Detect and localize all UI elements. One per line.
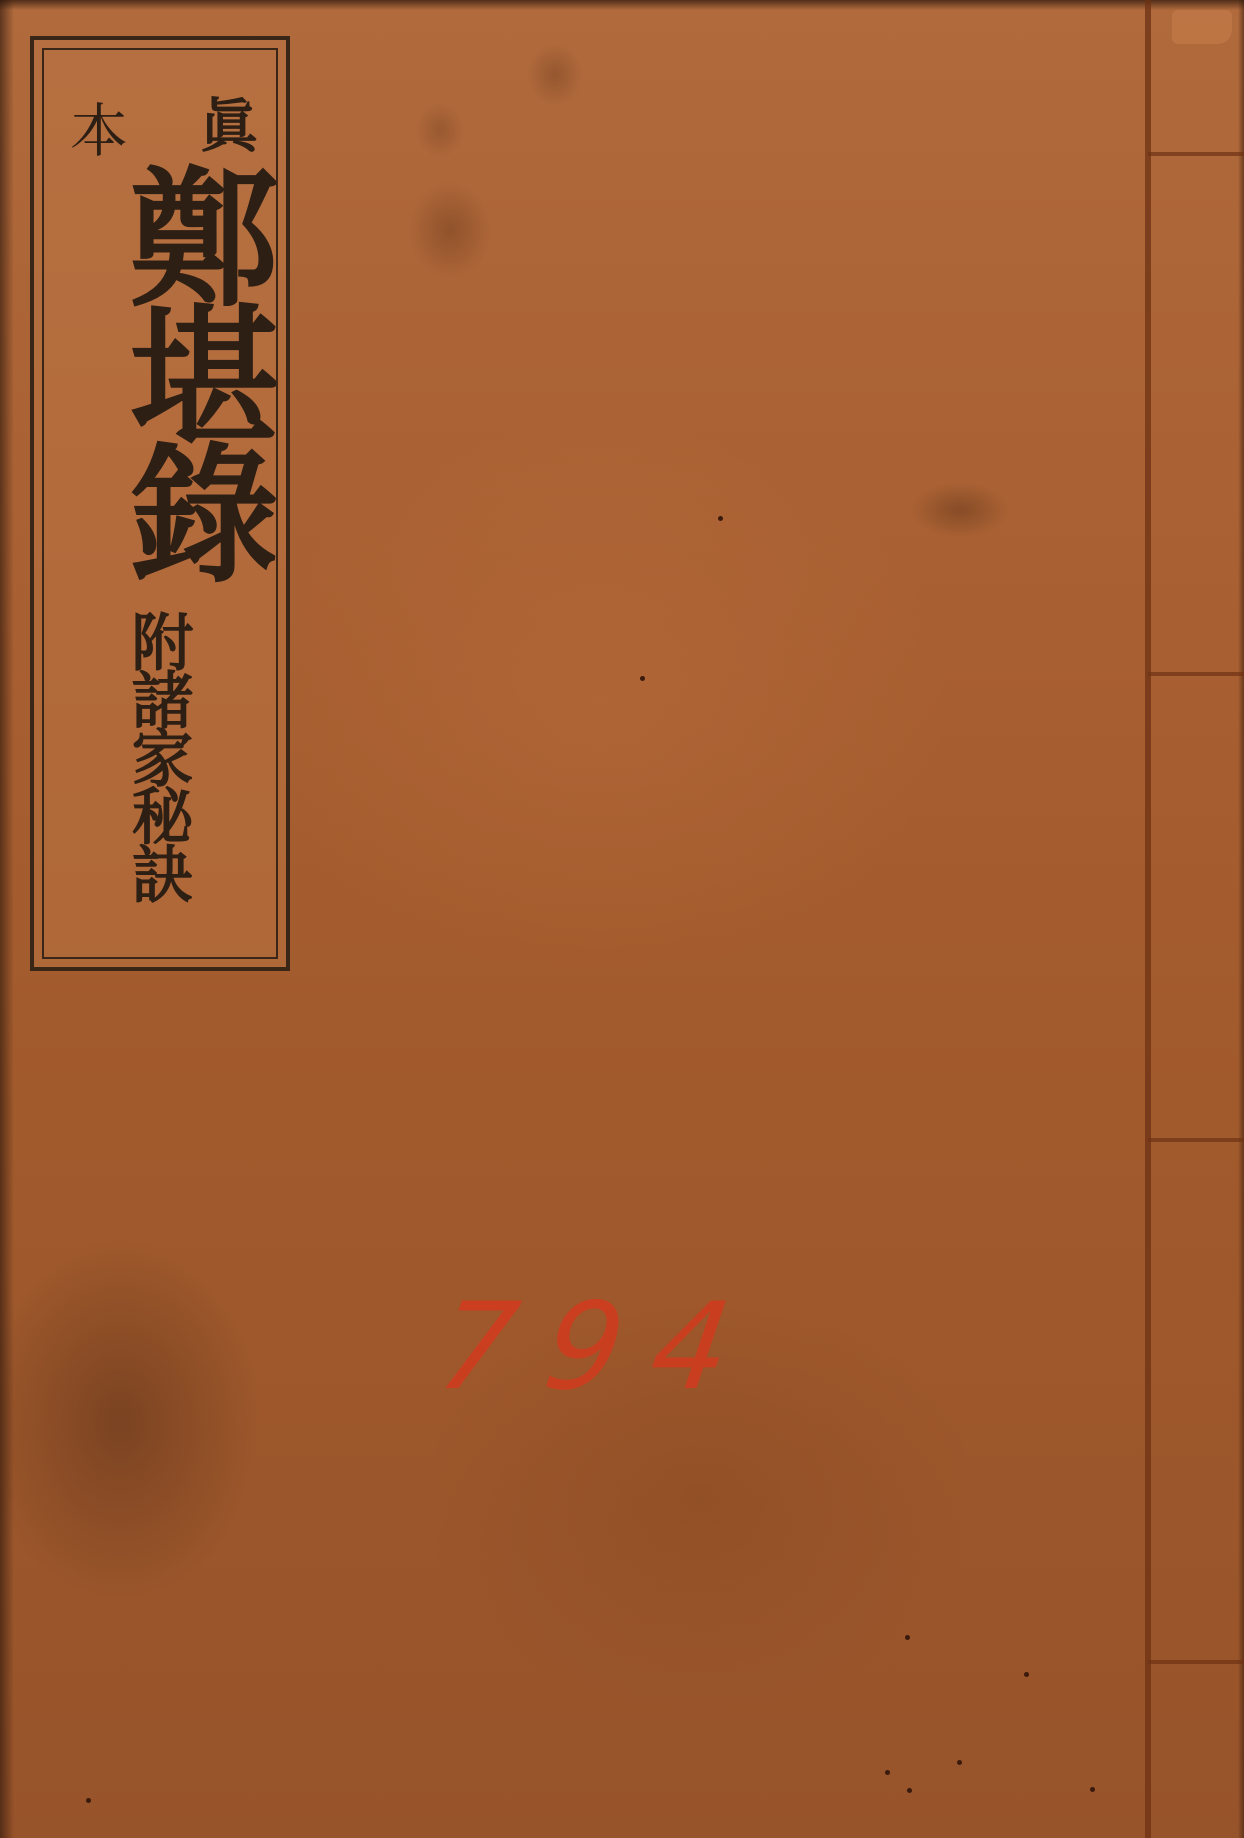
- binding-stitch: [1148, 1138, 1244, 1142]
- wormhole-speck: [957, 1760, 962, 1765]
- binding-stitch: [1148, 1660, 1244, 1664]
- title-slip: 眞 本 鄭堪錄 附諸家秘訣: [30, 36, 290, 971]
- wormhole-speck: [86, 1798, 91, 1803]
- wormhole-speck: [1024, 1672, 1029, 1677]
- wormhole-speck: [885, 1770, 890, 1775]
- wormhole-speck: [640, 676, 645, 681]
- cover-edge-left: [0, 0, 14, 1838]
- wormhole-speck: [718, 516, 723, 521]
- cover-edge-right: [1238, 0, 1244, 1838]
- wormhole-speck: [905, 1635, 910, 1640]
- subtitle: 附諸家秘訣: [124, 610, 190, 900]
- binding-stitch: [1148, 152, 1244, 156]
- main-title: 鄭堪錄: [110, 160, 270, 574]
- title-prefix-top: 眞: [194, 95, 254, 153]
- title-prefix-side: 本: [64, 100, 124, 158]
- wormhole-speck: [1090, 1787, 1095, 1792]
- cover-edge-top: [0, 0, 1244, 10]
- wormhole-speck: [907, 1788, 912, 1793]
- binding-stitch: [1148, 672, 1244, 676]
- corner-wear: [1172, 10, 1232, 44]
- binding-spine-line: [1145, 0, 1151, 1838]
- book-cover: 眞 本 鄭堪錄 附諸家秘訣 794: [0, 0, 1244, 1838]
- handwritten-catalog-number: 794: [430, 1278, 769, 1417]
